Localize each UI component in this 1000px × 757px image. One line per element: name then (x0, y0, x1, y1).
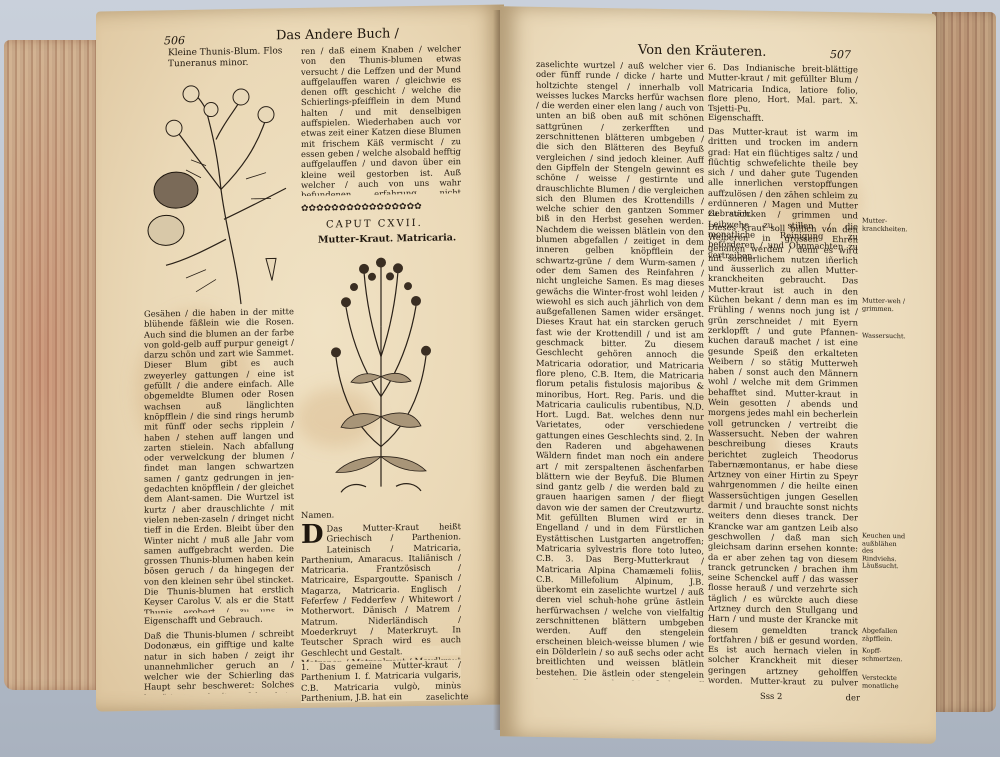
left-col-right-top: ren / daß einem Knaben / welcher von den… (301, 43, 461, 196)
left-page: 506 Das Andere Buch / Kleine Thunis-Blum… (96, 4, 504, 711)
section-heading-eigenschafft-gebrauch: Eigenschafft und Gebrauch. (144, 613, 294, 626)
left-catchword: zaselichte (426, 691, 466, 702)
right-page: Von den Kräuteren. 507 zaselichte wurtze… (500, 6, 936, 744)
book-edge-right (932, 12, 996, 712)
right-col-left: zaselichte wurtzel / auß welcher vier od… (536, 59, 704, 682)
drop-cap: D (301, 524, 324, 546)
book-edge-left (4, 40, 104, 690)
left-running-head: Das Andere Buch / (276, 26, 399, 43)
signature-mark: Sss 2 (760, 691, 820, 702)
left-col-left-body: Gesähen / die haben in der mitte blühend… (144, 306, 294, 614)
chapter-number: CAPUT CXVII. (326, 218, 423, 231)
property-heading: Eigenschafft. (708, 112, 858, 125)
margin-note-monatliche: Versteckte monatliche (862, 675, 906, 691)
chapter-title: Mutter-Kraut. Matricaria. (318, 233, 458, 246)
margin-note-mutterweh: Mutter-weh / grimmen. (862, 298, 906, 314)
names-heading: Namen. (301, 507, 461, 520)
right-running-head: Von den Kräuteren. (638, 43, 766, 60)
margin-note-wassersucht: Wassersucht. (862, 333, 906, 341)
margin-note-zaepfflein: Abgefallen zäpfflein. (862, 628, 906, 644)
plant-heading: Kleine Thunis-Blum. Flos Tuneranus minor… (168, 46, 288, 70)
margin-note-keuchen: Keuchen und außblähen des Rindviehs. (862, 533, 906, 564)
ornament-divider: ✿✿✿✿✿✿✿✿✿✿✿✿✿✿✿✿ (301, 202, 422, 214)
margin-note-kopffschmertzen: Kopff-schmertzen. (862, 648, 906, 664)
woodcut-tagetes-illustration (146, 78, 296, 311)
margin-note-mutter-kranckheiten: Mutter-kranckheiten. (862, 218, 906, 234)
margin-note-laeussucht: Läußsucht. (862, 563, 906, 571)
right-col-right-top: 6. Das Indianische breit-blättige Mutter… (708, 62, 858, 116)
right-catchword: der (830, 692, 860, 703)
woodcut-feverfew-illustration (306, 245, 456, 498)
right-page-number: 507 (830, 48, 851, 61)
left-page-number: 506 (164, 34, 185, 47)
left-col-left-tail: Daß die Thunis-blumen / schreibt Dodonæu… (144, 628, 294, 695)
use-text: Dieses Kraut soll billich von den Weiber… (708, 222, 858, 687)
